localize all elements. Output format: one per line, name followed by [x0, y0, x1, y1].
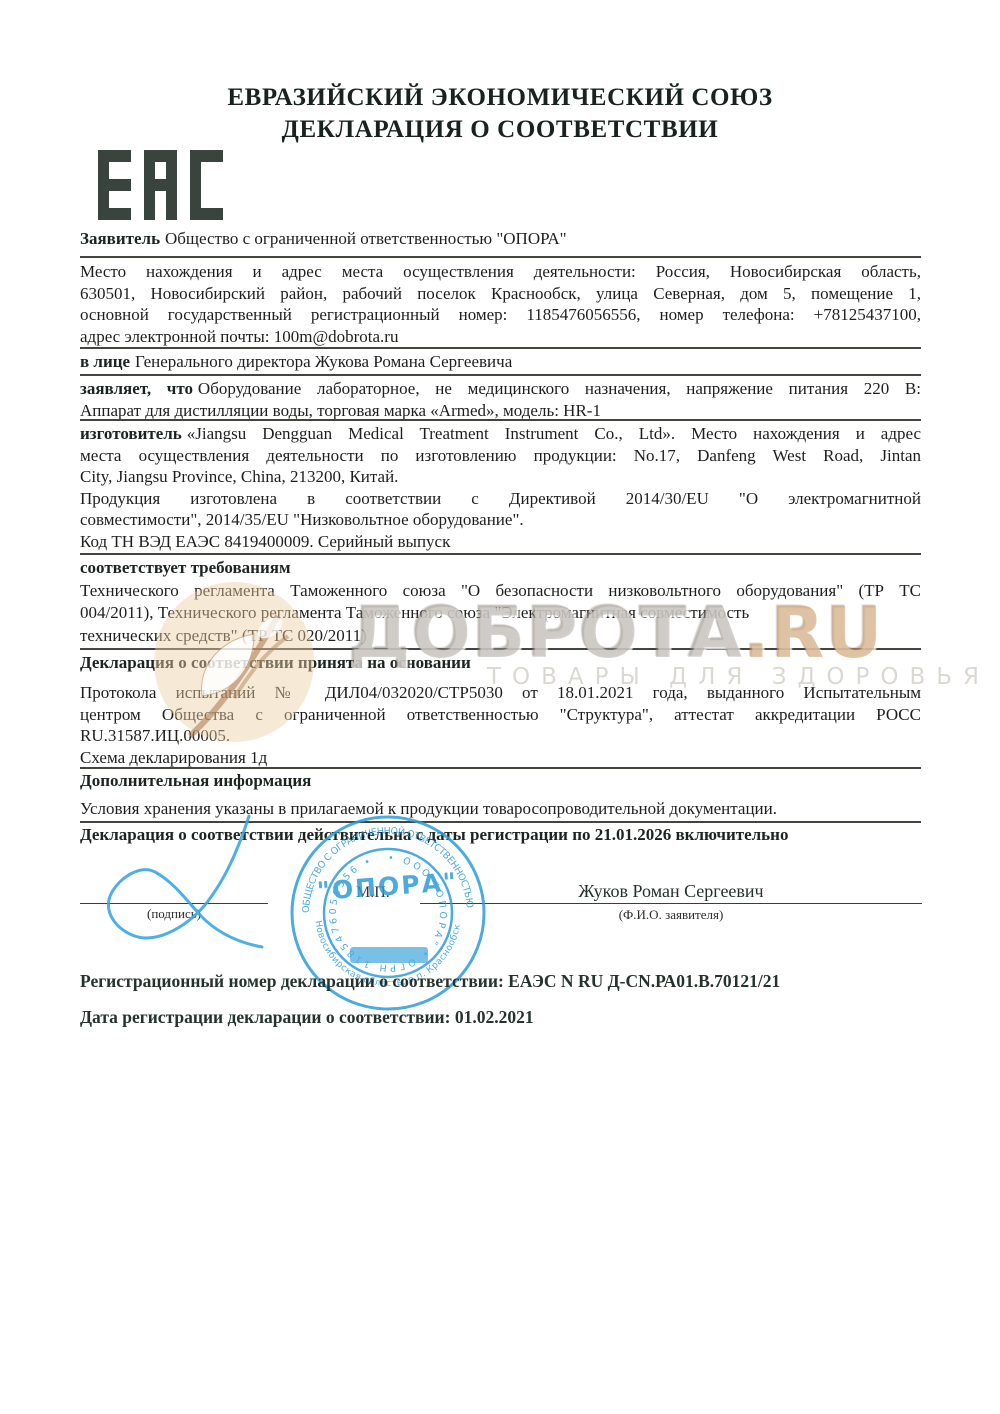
- signature-line: [80, 903, 268, 904]
- regulations-paragraph: Технического регламента Таможенного союз…: [80, 580, 921, 647]
- basis-line: центром Общества с ограниченной ответств…: [80, 704, 921, 726]
- address-paragraph: Место нахождения и адрес места осуществл…: [80, 261, 921, 347]
- regulation-line: Технического регламента Таможенного союз…: [80, 580, 921, 602]
- validity-statement: Декларация о соответствии действительна …: [80, 824, 921, 846]
- production-line: совместимости", 2014/35/EU "Низковольтно…: [80, 509, 921, 531]
- stamp-place-label: М.П.: [356, 884, 390, 902]
- divider: [80, 347, 921, 349]
- registration-number-row: Регистрационный номер декларации о соотв…: [80, 971, 921, 992]
- basis-heading: Декларация о соответствии принята на осн…: [80, 652, 921, 674]
- divider: [80, 553, 921, 555]
- additional-heading: Дополнительная информация: [80, 770, 921, 792]
- divider: [80, 648, 921, 650]
- divider: [80, 256, 921, 258]
- declares-label: заявляет, что: [80, 379, 193, 398]
- product-line: Аппарат для дистилляции воды, торговая м…: [80, 400, 921, 422]
- address-line: основной государственный регистрационный…: [80, 304, 921, 326]
- declaration-document-page: ЕВРАЗИЙСКИЙ ЭКОНОМИЧЕСКИЙ СОЮЗ ДЕКЛАРАЦИ…: [0, 0, 1000, 1414]
- signature-caption: (подпись): [80, 906, 268, 922]
- person-value: Генерального директора Жукова Романа Сер…: [135, 352, 512, 371]
- document-title-line1: ЕВРАЗИЙСКИЙ ЭКОНОМИЧЕСКИЙ СОЮЗ: [0, 84, 1000, 112]
- person-row: в лицеГенерального директора Жукова Рома…: [80, 351, 921, 373]
- applicant-row: ЗаявительОбщество с ограниченной ответст…: [80, 228, 921, 250]
- divider: [80, 374, 921, 376]
- divider: [80, 821, 921, 823]
- tnved-code-line: Код ТН ВЭД ЕАЭС 8419400009. Серийный вып…: [80, 531, 921, 553]
- applicant-label: Заявитель: [80, 229, 160, 248]
- divider: [80, 767, 921, 769]
- conformity-heading: соответствует требованиям: [80, 557, 921, 579]
- basis-line: RU.31587.ИЦ.00005.: [80, 725, 921, 747]
- additional-text: Условия хранения указаны в прилагаемой к…: [80, 798, 921, 820]
- manufacturer-text: «Jiangsu Dengguan Medical Treatment Inst…: [187, 424, 921, 443]
- manufacturer-line: места осуществления деятельности по изго…: [80, 445, 921, 467]
- production-line: Продукция изготовлена в соответствии с Д…: [80, 488, 921, 510]
- declarant-name-caption: (Ф.И.О. заявителя): [420, 907, 922, 923]
- registration-date-label: Дата регистрации декларации о соответств…: [80, 1007, 450, 1027]
- basis-paragraph: Протокола испытаний № ДИЛ04/032020/СТР50…: [80, 682, 921, 768]
- declarant-name: Жуков Роман Сергеевич: [420, 881, 922, 902]
- registration-date-row: Дата регистрации декларации о соответств…: [80, 1007, 921, 1028]
- address-line: Место нахождения и адрес места осуществл…: [80, 261, 921, 283]
- registration-number-label: Регистрационный номер декларации о соотв…: [80, 971, 504, 991]
- address-line: адрес электронной почты: 100m@dobrota.ru: [80, 326, 921, 348]
- manufacturer-label: изготовитель: [80, 424, 182, 443]
- registration-date-value: 01.02.2021: [455, 1007, 534, 1027]
- divider: [80, 419, 921, 421]
- person-label: в лице: [80, 352, 130, 371]
- manufacturer-line: City, Jiangsu Province, China, 213200, К…: [80, 466, 921, 488]
- declares-paragraph: заявляет, чтоОборудование лабораторное, …: [80, 378, 921, 421]
- eac-mark-icon: [98, 150, 223, 225]
- registration-number-value: ЕАЭС N RU Д-CN.РА01.В.70121/21: [508, 971, 780, 991]
- regulation-line: 004/2011), Технического регламента Тамож…: [80, 602, 921, 624]
- declares-text: Оборудование лабораторное, не медицинско…: [198, 379, 921, 398]
- applicant-value: Общество с ограниченной ответственностью…: [165, 229, 567, 248]
- address-line: 630501, Новосибирский район, рабочий пос…: [80, 283, 921, 305]
- basis-line: Протокола испытаний № ДИЛ04/032020/СТР50…: [80, 682, 921, 704]
- document-title-line2: ДЕКЛАРАЦИЯ О СООТВЕТСТВИИ: [0, 116, 1000, 144]
- regulation-line: технических средств" (ТР ТС 020/2011): [80, 625, 921, 647]
- manufacturer-paragraph: изготовитель«Jiangsu Dengguan Medical Tr…: [80, 423, 921, 552]
- declarant-name-line: [420, 903, 922, 904]
- basis-line: Схема декларирования 1д: [80, 747, 921, 769]
